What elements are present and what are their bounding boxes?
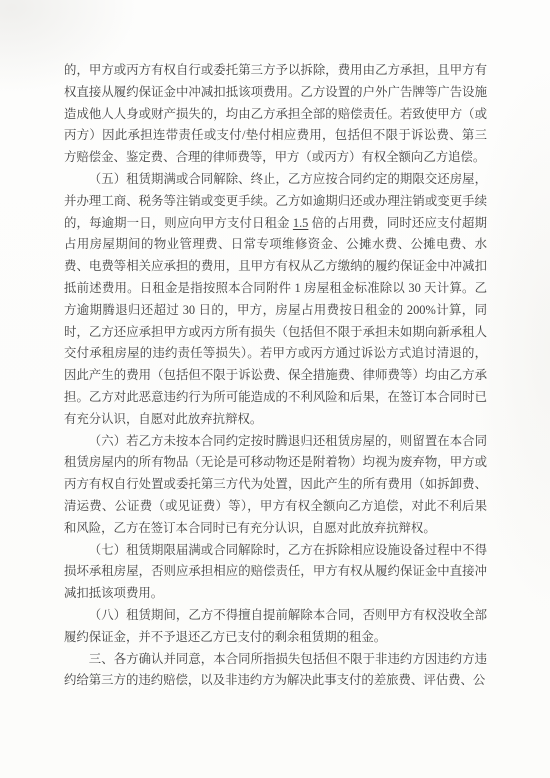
paragraph-clause-5: （五）租赁期满或合同解除、终止，乙方应按合同约定的期限交还房屋，并办理工商、税务… <box>64 169 487 431</box>
text-segment: （八）租赁期间，乙方不得擅自提前解除本合同，否则甲方有权没收全部履约保证金，并不… <box>64 608 487 644</box>
text-segment: （七）租赁期限届满或合同解除时，乙方在拆除相应设施设备过程中不得损坏承租房屋，否… <box>64 543 487 601</box>
underlined-value: 1.5 <box>293 216 309 230</box>
paragraph-clause-8: （八）租赁期间，乙方不得擅自提前解除本合同，否则甲方有权没收全部履约保证金，并不… <box>64 605 487 649</box>
contract-text-block: 的，甲方或丙方有权自行或委托第三方予以拆除，费用由乙方承担，且甲方有权直接从履约… <box>64 60 487 692</box>
document-page: 的，甲方或丙方有权自行或委托第三方予以拆除，费用由乙方承担，且甲方有权直接从履约… <box>0 0 550 778</box>
text-segment: 倍的占用费，同时还应支付超期占用房屋期间的物业管理费、日常专项维修资金、公摊水费… <box>64 216 487 426</box>
paragraph-clause-6: （六）若乙方未按本合同约定按时腾退归还租赁房屋的，则留置在本合同租赁房屋内的所有… <box>64 431 487 540</box>
text-segment: 的，甲方或丙方有权自行或委托第三方予以拆除，费用由乙方承担，且甲方有权直接从履约… <box>64 63 487 164</box>
paragraph-clause-4-continuation: 的，甲方或丙方有权自行或委托第三方予以拆除，费用由乙方承担，且甲方有权直接从履约… <box>64 60 487 169</box>
text-segment: 三、各方确认并同意，本合同所指损失包括但不限于非违约方因违约方违约给第三方的违约… <box>64 652 487 688</box>
paragraph-article-3: 三、各方确认并同意，本合同所指损失包括但不限于非违约方因违约方违约给第三方的违约… <box>64 649 487 693</box>
text-segment: （六）若乙方未按本合同约定按时腾退归还租赁房屋的，则留置在本合同租赁房屋内的所有… <box>64 434 487 535</box>
paragraph-clause-7: （七）租赁期限届满或合同解除时，乙方在拆除相应设施设备过程中不得损坏承租房屋，否… <box>64 540 487 605</box>
